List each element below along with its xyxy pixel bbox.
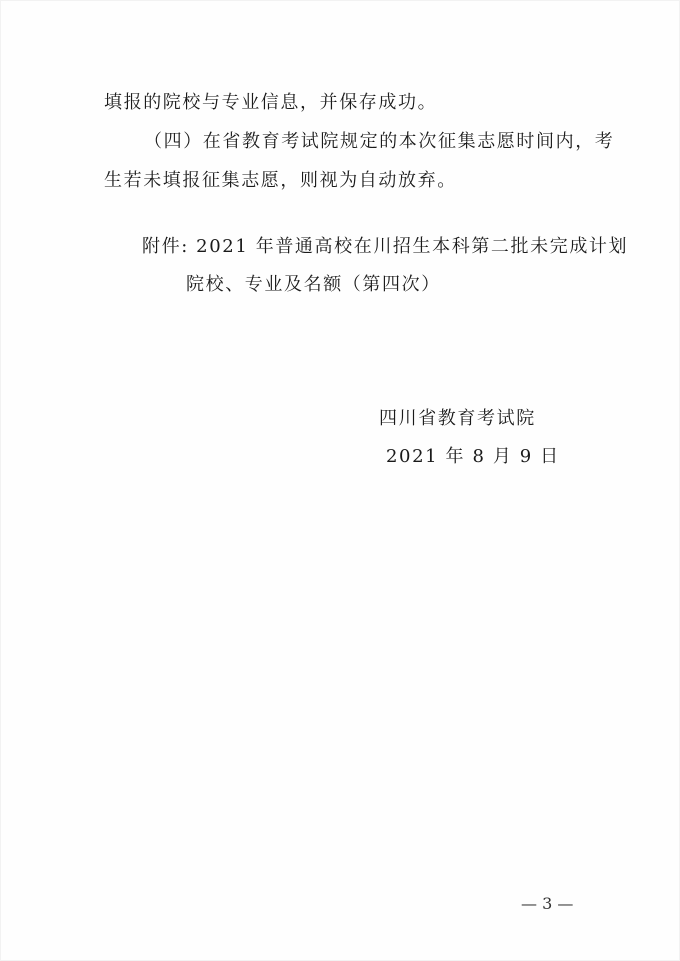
document-page: 填报的院校与专业信息，并保存成功。 （四）在省教育考试院规定的本次征集志愿时间内… xyxy=(0,0,680,961)
attachment-title-continued: 院校、专业及名额（第四次） xyxy=(186,274,441,296)
page-number: — 3 — xyxy=(521,893,573,915)
attachment-title: 附件: 2021 年普通高校在川招生本科第二批未完成计划 xyxy=(142,236,628,258)
signature-date: 2021 年 8 月 9 日 xyxy=(386,446,560,468)
body-text-line: （四）在省教育考试院规定的本次征集志愿时间内，考 xyxy=(144,131,614,153)
body-text-line: 填报的院校与专业信息，并保存成功。 xyxy=(104,92,437,114)
body-text-line: 生若未填报征集志愿，则视为自动放弃。 xyxy=(104,170,457,192)
signature-organization: 四川省教育考试院 xyxy=(379,408,536,430)
